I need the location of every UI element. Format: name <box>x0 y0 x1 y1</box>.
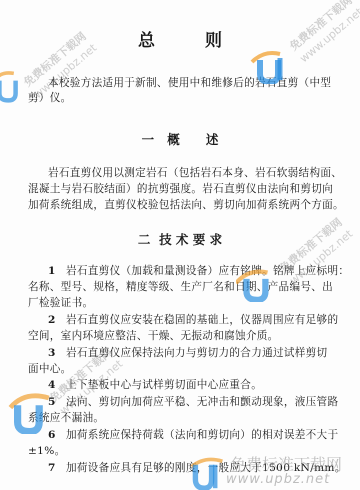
requirement-item-7: 7加荷设备应具有足够的刚度，一般应大于1500 kN/mm。 <box>48 461 346 475</box>
section-heading-tech-requirements: 二 技 术 要 求 <box>0 230 360 248</box>
item-text: 法向、剪切向加荷应平稳、无冲击和颤动现象，液压管路 <box>66 396 338 408</box>
requirement-item-3: 3岩石直剪仪应保持法向力与剪切力的合力通过试样剪切 <box>48 346 327 360</box>
requirement-item-2: 2岩石直剪仪应安装在稳固的基础上，仪器周围应有足够的 <box>48 313 338 327</box>
requirement-item-1-line-3: 厂检验证书。 <box>28 296 93 310</box>
intro-line-2: 剪）仪。 <box>28 91 72 105</box>
requirement-item-5: 5法向、剪切向加荷应平稳、无冲击和颤动现象，液压管路 <box>48 395 338 409</box>
item-number: 2 <box>48 313 66 327</box>
document-page: 总 则 本校验方法适用于新制、使用中和维修后的岩石直剪（中型 剪）仪。 一 概 … <box>0 0 360 490</box>
item-text: 加荷设备应具有足够的刚度，一般应大于1500 kN/mm。 <box>66 462 346 474</box>
overview-line-2: 混凝土与岩石胶结面）的抗剪强度。岩石直剪仪由法向和剪切向 <box>28 182 333 196</box>
page-title: 总 则 <box>0 26 360 51</box>
requirement-item-1-line-2: 名称、型号、规格，精度等级、生产厂名和日期、产品编号、出 <box>28 280 333 294</box>
overview-line-3: 加荷系统组成，直剪仪校验包括法向、剪切向加荷系统两个方面。 <box>28 198 344 212</box>
requirement-item-6-line-2: ±1%。 <box>28 444 65 458</box>
item-number: 6 <box>48 428 66 442</box>
upbz-logo-icon <box>0 68 30 104</box>
item-text: 岩石直剪仪应安装在稳固的基础上，仪器周围应有足够的 <box>66 314 338 326</box>
item-text: 岩石直剪仪（加载和量测设备）应有铭牌。铭牌上应标明： <box>66 265 349 277</box>
requirement-item-4: 4上下垫板中心与试样剪切面中心应重合。 <box>48 378 262 392</box>
upbz-logo-icon <box>8 386 56 434</box>
item-text: 岩石直剪仪应保持法向力与剪切力的合力通过试样剪切 <box>66 347 327 359</box>
overview-line-1: 岩石直剪仪用以测定岩石（包括岩石本身、岩石软弱结构面、 <box>48 166 342 180</box>
item-number: 5 <box>48 395 66 409</box>
requirement-item-2-line-2: 空间，室内环境应整洁、干燥、无振动和腐蚀介质。 <box>28 329 279 343</box>
requirement-item-5-line-2: 系统应不漏油。 <box>28 411 104 425</box>
item-text: 上下垫板中心与试样剪切面中心应重合。 <box>66 379 262 391</box>
item-text: 加荷系统应保持荷载（法向和剪切向）的相对误差不大于 <box>66 429 338 441</box>
item-number: 7 <box>48 461 66 475</box>
requirement-item-1: 1岩石直剪仪（加载和量测设备）应有铭牌。铭牌上应标明： <box>48 264 349 278</box>
item-number: 4 <box>48 378 66 392</box>
item-number: 1 <box>48 264 66 278</box>
item-number: 3 <box>48 346 66 360</box>
section-heading-overview: 一 概 述 <box>0 130 360 148</box>
requirement-item-3-line-2: 面中心。 <box>28 362 72 376</box>
intro-line-1: 本校验方法适用于新制、使用中和维修后的岩石直剪（中型 <box>48 76 331 90</box>
requirement-item-6: 6加荷系统应保持荷载（法向和剪切向）的相对误差不大于 <box>48 428 338 442</box>
